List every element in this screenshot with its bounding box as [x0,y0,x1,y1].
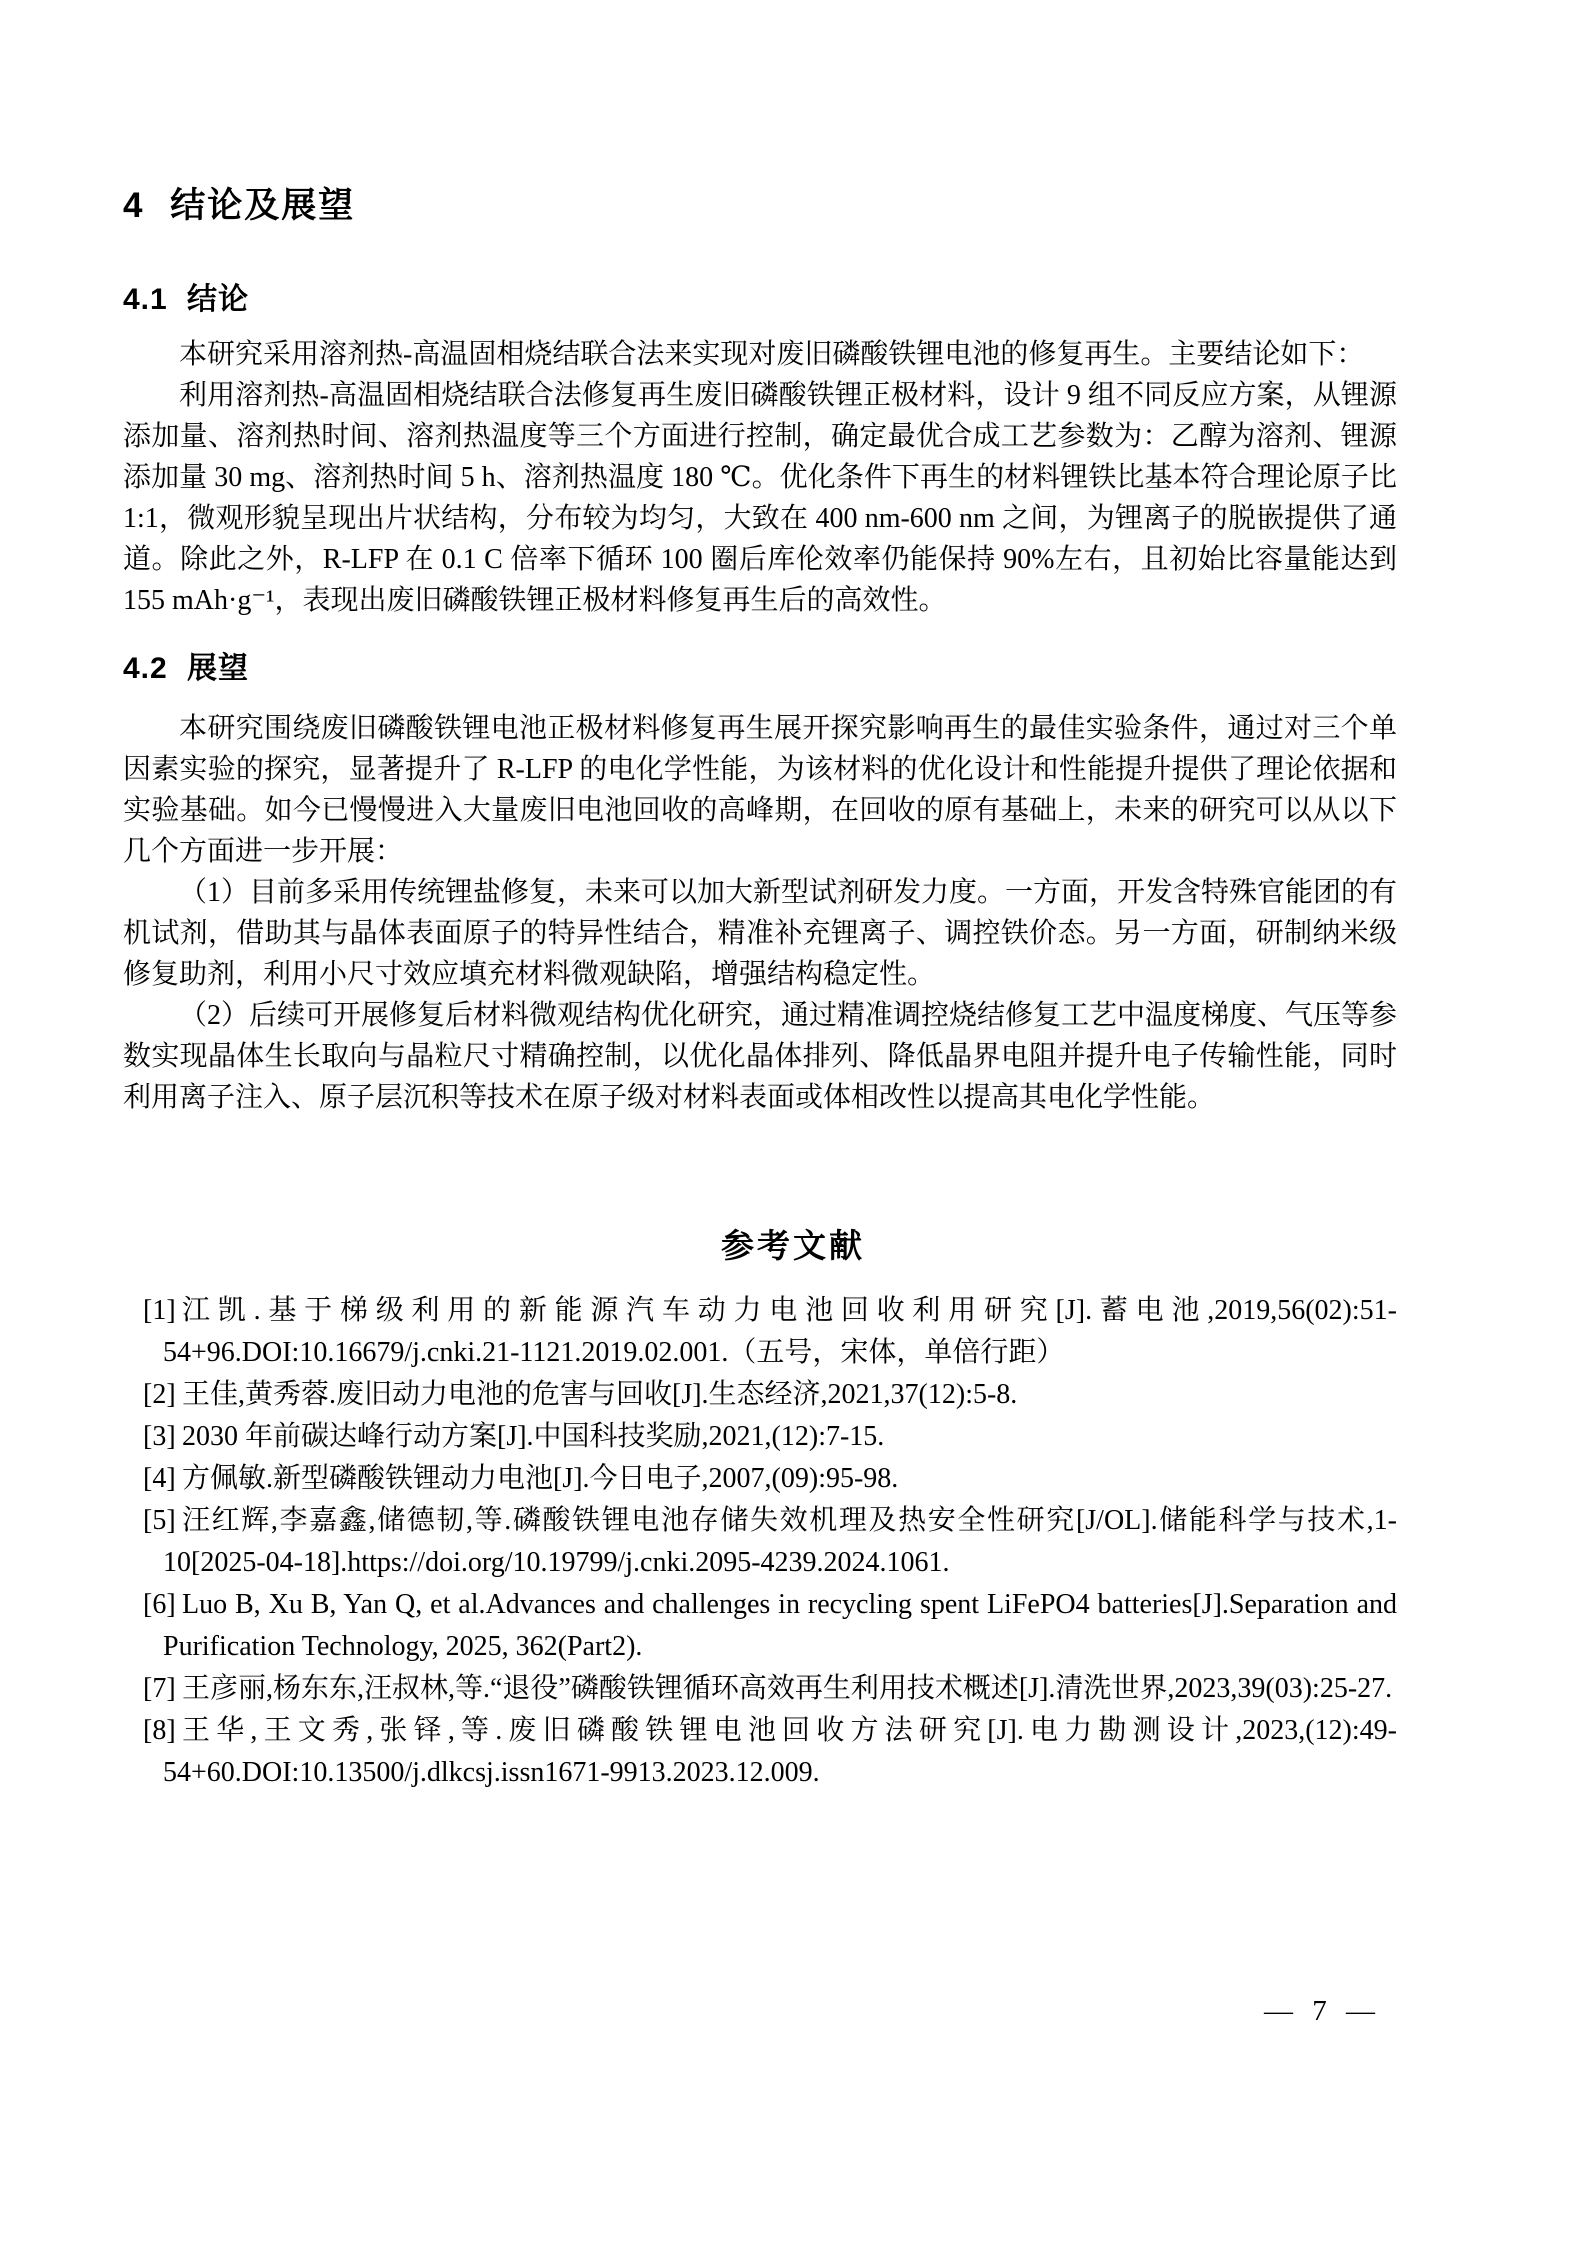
reference-number: [7] [143,1668,176,1710]
reference-item: [1] 江凯.基于梯级利用的新能源汽车动力电池回收利用研究[J].蓄电池,201… [123,1290,1397,1374]
reference-number: [3] [143,1416,176,1458]
references-heading: 参考文献 [0,1220,1586,1267]
reference-text: 方佩敏.新型磷酸铁锂动力电池[J].今日电子,2007,(09):95-98. [163,1458,1397,1500]
reference-number: [2] [143,1374,176,1416]
paragraph: 利用溶剂热-高温固相烧结联合法修复再生废旧磷酸铁锂正极材料，设计 9 组不同反应… [123,375,1397,621]
paragraph: （1）目前多采用传统锂盐修复，未来可以加大新型试剂研发力度。一方面，开发含特殊官… [123,872,1397,995]
references-list: [1] 江凯.基于梯级利用的新能源汽车动力电池回收利用研究[J].蓄电池,201… [123,1290,1397,1794]
reference-number: [6] [143,1584,176,1626]
paragraph: （2）后续可开展修复后材料微观结构优化研究，通过精准调控烧结修复工艺中温度梯度、… [123,995,1397,1118]
section-4-2-body: 本研究围绕废旧磷酸铁锂电池正极材料修复再生展开探究影响再生的最佳实验条件，通过对… [123,708,1397,1118]
reference-number: [1] [143,1290,176,1332]
subsection-heading-4-1: 4.1 结论 [123,274,249,318]
reference-number: [4] [143,1458,176,1500]
section-4-1-body: 本研究采用溶剂热-高温固相烧结联合法来实现对废旧磷酸铁锂电池的修复再生。主要结论… [123,334,1397,621]
reference-item: [4] 方佩敏.新型磷酸铁锂动力电池[J].今日电子,2007,(09):95-… [123,1458,1397,1500]
reference-item: [7] 王彦丽,杨东东,汪叔林,等.“退役”磷酸铁锂循环高效再生利用技术概述[J… [123,1668,1397,1710]
reference-text: 王佳,黄秀蓉.废旧动力电池的危害与回收[J].生态经济,2021,37(12):… [163,1374,1397,1416]
section-heading-4: 4 结论及展望 [123,178,355,228]
reference-number: [5] [143,1500,176,1542]
reference-text: 王华,王文秀,张铎,等.废旧磷酸铁锂电池回收方法研究[J].电力勘测设计,202… [163,1710,1397,1794]
reference-item: [8] 王华,王文秀,张铎,等.废旧磷酸铁锂电池回收方法研究[J].电力勘测设计… [123,1710,1397,1794]
page-number: — 7 — [1264,1995,1381,2028]
reference-text: 汪红辉,李嘉鑫,储德韧,等.磷酸铁锂电池存储失效机理及热安全性研究[J/OL].… [163,1500,1397,1584]
reference-text: 2030 年前碳达峰行动方案[J].中国科技奖励,2021,(12):7-15. [163,1416,1397,1458]
subsection-heading-4-2: 4.2 展望 [123,643,249,687]
document-page: 4 结论及展望 4.1 结论 本研究采用溶剂热-高温固相烧结联合法来实现对废旧磷… [0,0,1586,2245]
reference-text: 王彦丽,杨东东,汪叔林,等.“退役”磷酸铁锂循环高效再生利用技术概述[J].清洗… [163,1668,1397,1710]
reference-item: [3] 2030 年前碳达峰行动方案[J].中国科技奖励,2021,(12):7… [123,1416,1397,1458]
reference-item: [5] 汪红辉,李嘉鑫,储德韧,等.磷酸铁锂电池存储失效机理及热安全性研究[J/… [123,1500,1397,1584]
reference-item: [2] 王佳,黄秀蓉.废旧动力电池的危害与回收[J].生态经济,2021,37(… [123,1374,1397,1416]
reference-text: 江凯.基于梯级利用的新能源汽车动力电池回收利用研究[J].蓄电池,2019,56… [163,1290,1397,1374]
paragraph: 本研究围绕废旧磷酸铁锂电池正极材料修复再生展开探究影响再生的最佳实验条件，通过对… [123,708,1397,872]
reference-item: [6] Luo B, Xu B, Yan Q, et al.Advances a… [123,1584,1397,1668]
paragraph: 本研究采用溶剂热-高温固相烧结联合法来实现对废旧磷酸铁锂电池的修复再生。主要结论… [123,334,1397,375]
reference-number: [8] [143,1710,176,1752]
reference-text: Luo B, Xu B, Yan Q, et al.Advances and c… [163,1584,1397,1668]
